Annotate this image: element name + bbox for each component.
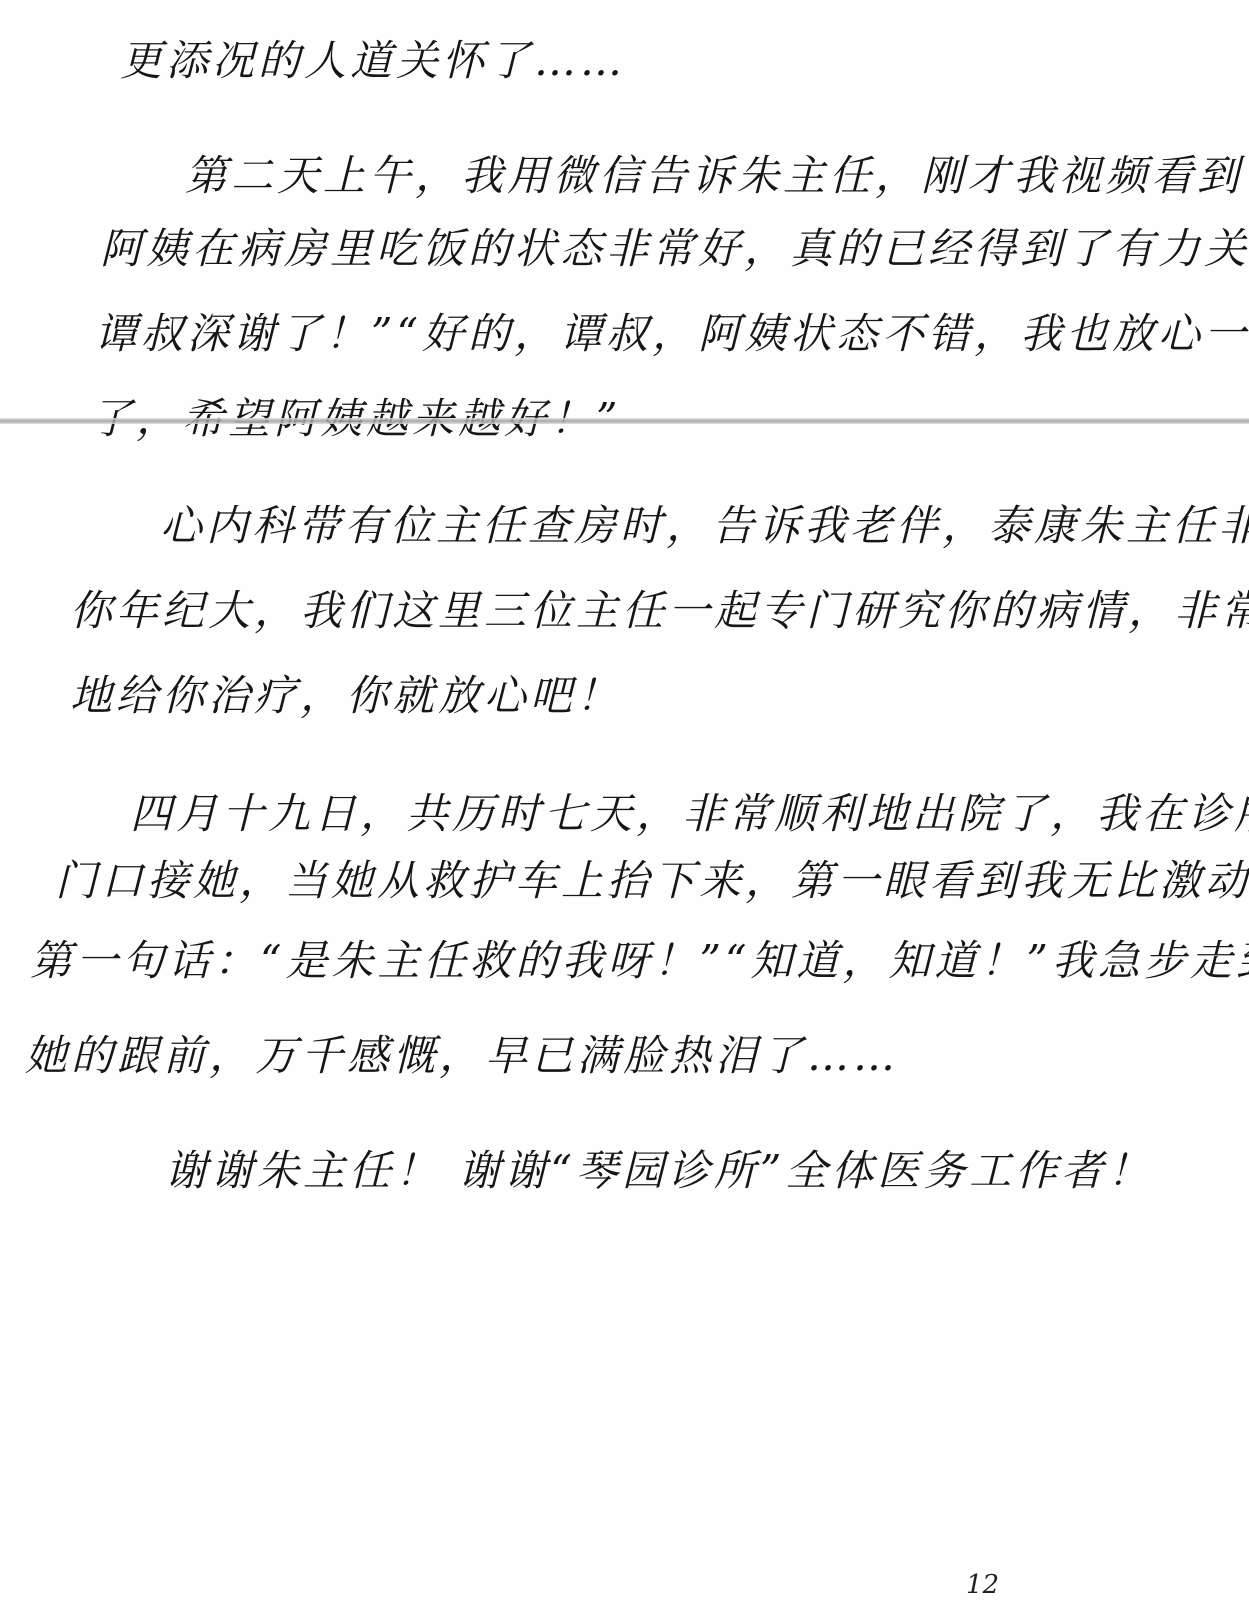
- text-line: 第二天上午，我用微信告诉朱主任，刚才我视频看到了你: [185, 155, 1249, 197]
- text-line: 四月十九日，共历时七天，非常顺利地出院了，我在诊所的大: [130, 793, 1249, 835]
- scan-fold-line: [0, 418, 1249, 424]
- text-line: 她的跟前，万千感慨，早已满脸热泪了……: [25, 1035, 899, 1077]
- text-line: 更添况的人道关怀了……: [120, 40, 626, 82]
- text-line: 地给你治疗，你就放心吧！: [70, 675, 622, 717]
- document-page: 更添况的人道关怀了…… 第二天上午，我用微信告诉朱主任，刚才我视频看到了你 阿姨…: [0, 0, 1249, 1615]
- text-line: 第一句话：“是朱主任救的我呀！”“知道，知道！”我急步走到: [30, 940, 1249, 982]
- text-line: 谢谢朱主任！ 谢谢“琴园诊所”全体医务工作者！: [165, 1150, 1153, 1192]
- text-line: 谭叔深谢了！”“好的，谭叔，阿姨状态不错，我也放心一些: [95, 313, 1249, 355]
- text-line: 你年纪大，我们这里三位主任一起专门研究你的病情，非常慎重: [70, 590, 1249, 632]
- text-line: 门口接她，当她从救护车上抬下来，第一眼看到我无比激动的: [55, 860, 1249, 902]
- text-line: 心内科带有位主任查房时，告诉我老伴，泰康朱主任非常关心你，: [160, 505, 1249, 547]
- text-line: 阿姨在病房里吃饭的状态非常好，真的已经得到了有力关照，: [100, 228, 1249, 270]
- page-number: 12: [966, 1570, 999, 1600]
